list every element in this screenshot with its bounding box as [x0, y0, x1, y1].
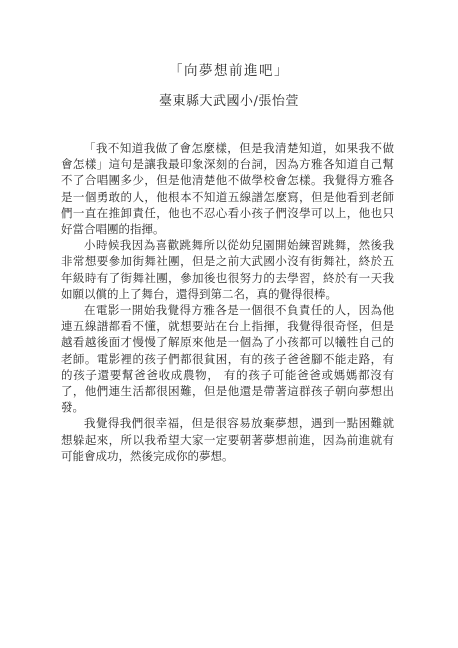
paragraph-3: 在電影一開始我覺得方雅各是一個很不負責任的人，因為他連五線譜都看不懂，就想要站在… — [61, 302, 394, 415]
document-byline: 臺東縣大武國小/張怡萱 — [0, 93, 458, 111]
document-title: 「向夢想前進吧」 — [0, 0, 458, 80]
paragraph-4: 我覺得我們很幸福，但是很容易放棄夢想，遇到一點困難就想躲起來，所以我希望大家一定… — [61, 415, 394, 464]
document-page: 「向夢想前進吧」 臺東縣大武國小/張怡萱 「我不知道我做了會怎麼樣，但是我清楚知… — [0, 0, 458, 648]
paragraph-2: 小時候我因為喜歡跳舞所以從幼兒園開始練習跳舞，然後我非常想要參加街舞社團，但是之… — [61, 237, 394, 302]
paragraph-1: 「我不知道我做了會怎麼樣，但是我清楚知道，如果我不做會怎樣」這句是讓我最印象深刻… — [61, 140, 394, 237]
document-body: 「我不知道我做了會怎麼樣，但是我清楚知道，如果我不做會怎樣」這句是讓我最印象深刻… — [61, 140, 394, 464]
